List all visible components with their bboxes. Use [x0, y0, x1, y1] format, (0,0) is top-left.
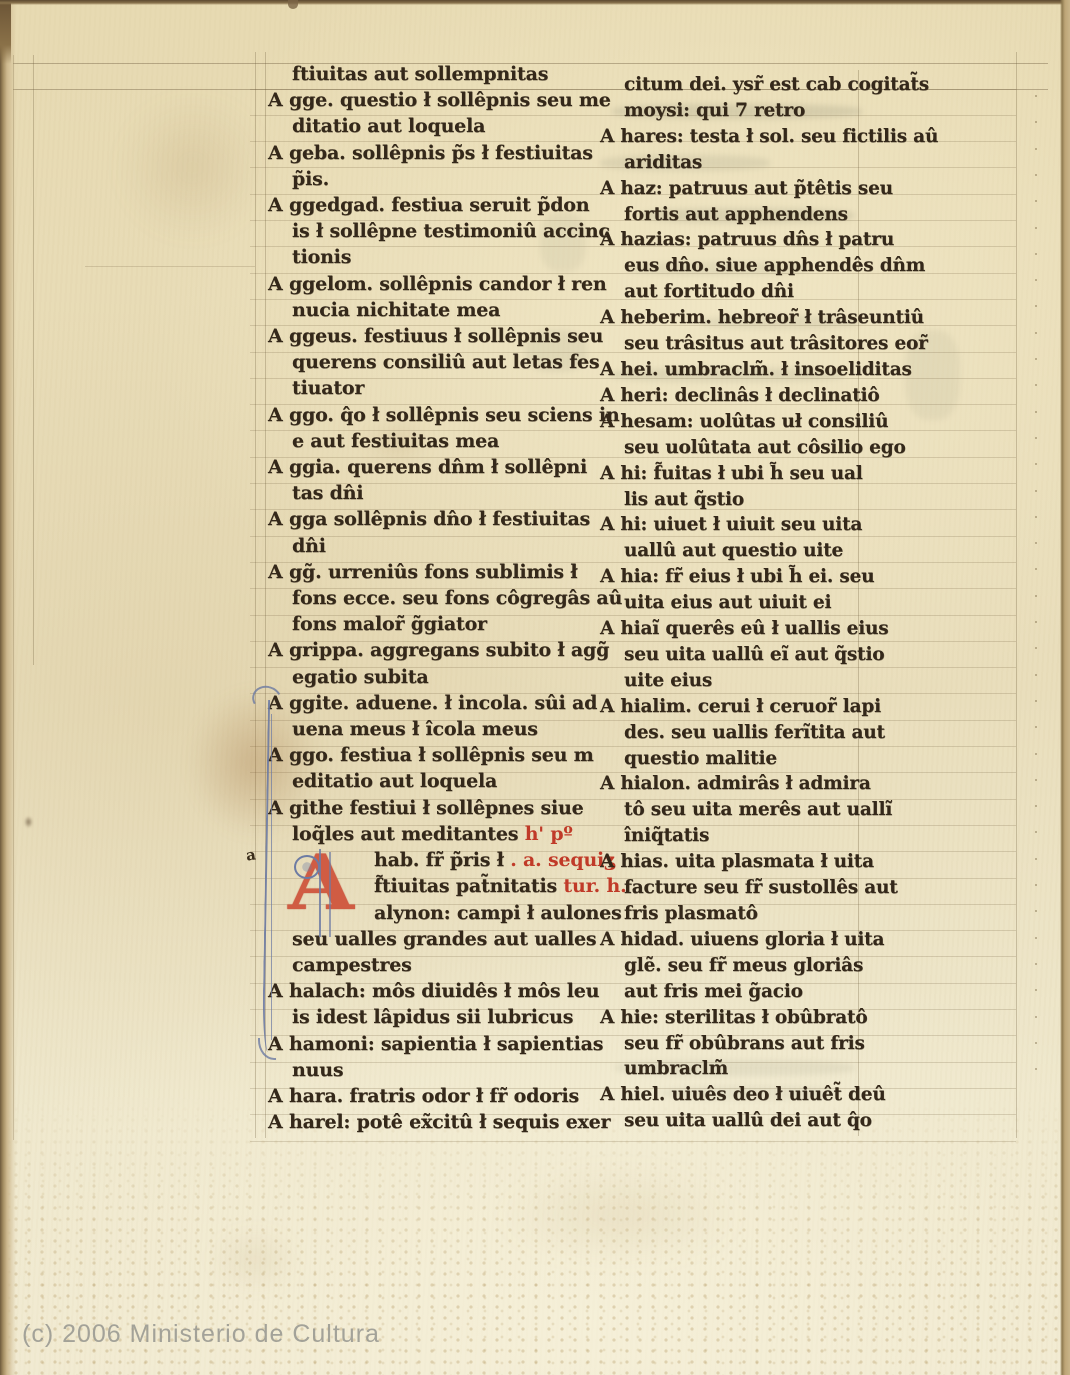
text-line: A gga sollêpnis dn̂o ł festiuitas [268, 506, 627, 532]
prick-mark [1035, 568, 1037, 570]
prick-mark [1035, 831, 1037, 833]
ink-segment: A hesam: uolûtas uł consiliû [600, 411, 888, 432]
text-line: tô seu uita merês aut uallĩ [600, 797, 938, 823]
text-line: uita eius aut uiuit ei [600, 590, 938, 616]
ink-segment: des. seu uallis ferĩtita aut [624, 722, 885, 743]
prick-mark [1035, 95, 1037, 97]
prick-mark [1035, 621, 1037, 623]
text-line: A hesam: uolûtas uł consiliû [600, 409, 938, 435]
text-line: nucia nichitate mea [268, 297, 627, 323]
ink-segment: A hares: testa ł sol. seu fictilis aû [600, 126, 938, 147]
text-line: facture seu fr̃ sustollês aut [600, 875, 938, 901]
prick-mark [1035, 1068, 1037, 1070]
text-line: e aut festiuitas mea [268, 428, 627, 454]
prick-mark [1035, 279, 1037, 281]
ink-segment: fons malor̃ g̃giator [292, 613, 487, 635]
ink-segment: A grippa. aggregans subito ł agg̃ [268, 639, 609, 661]
prick-mark [1035, 332, 1037, 334]
text-line: A gg̃. urreniûs fons sublimis ł [268, 559, 627, 585]
text-line: A hares: testa ł sol. seu fictilis aû [600, 124, 938, 150]
penwork-rosette [294, 855, 320, 879]
text-line: questio malitie [600, 746, 938, 772]
page-top-edge [0, 0, 1070, 5]
prick-mark [1035, 858, 1037, 860]
prick-mark [1035, 542, 1037, 544]
prick-mark [1035, 674, 1037, 676]
text-line: A hei. umbraclm̃. ł insoeliditas [600, 357, 938, 383]
stain [118, 95, 268, 240]
text-line: A ggo. q̂o ł sollêpnis seu sciens in [268, 402, 627, 428]
ink-segment: A ggedgad. festiua seruit p̃don [268, 194, 589, 216]
text-line: tas dn̂i [268, 480, 627, 506]
text-line: aut fortitudo dn̂i [600, 279, 938, 305]
ink-segment: querens consiliû aut letas fes [292, 351, 599, 373]
text-line: A hie: sterilitas ł obûbratô [600, 1005, 938, 1031]
ink-segment: umbraclm̃ [624, 1058, 728, 1079]
text-line: tiuator [268, 375, 627, 401]
ink-segment: A hias. uita plasmata ł uita [600, 851, 874, 872]
text-line: A geba. sollêpnis p̃s ł festiuitas [268, 140, 627, 166]
penwork-flourish-bar [319, 849, 321, 937]
ink-segment: A hia: fr̃ eius ł ubi h̃ ei. seu [600, 566, 874, 587]
prick-mark [1035, 595, 1037, 597]
ink-segment: glẽ. seu fr̃ meus gloriâs [624, 955, 863, 976]
ink-segment: aut fortitudo dn̂i [624, 281, 794, 302]
text-line: A hidad. uiuens gloria ł uita [600, 927, 938, 953]
ink-segment: A gga sollêpnis dn̂o ł festiuitas [268, 508, 590, 530]
text-line: seu fr̃ obûbrans aut fris [600, 1031, 938, 1057]
text-line: umbraclm̃ [600, 1056, 938, 1082]
ink-segment: A hazias: patruus dn̂s ł patru [600, 229, 894, 250]
text-line: citum dei. ysr̃ est cab cogitat̃s [600, 72, 938, 98]
prick-mark [1035, 726, 1037, 728]
prick-mark [1035, 963, 1037, 965]
text-line: A hamoni: sapientia ł sapientias [268, 1031, 627, 1057]
ink-segment: A halach: môs diuidês ł môs leu [268, 980, 599, 1002]
ink-segment: A harel: potê ex̃citû ł sequis exer [268, 1111, 610, 1133]
text-line: seu uita uallû eĩ aut q̃stio [600, 642, 938, 668]
guide-letter: a [245, 845, 257, 864]
text-line: A hara. fratris odor ł fr̃ odoris [268, 1083, 627, 1109]
prick-mark [1035, 937, 1037, 939]
prick-mark [1035, 700, 1037, 702]
ink-segment: îniq̃tatis [624, 825, 709, 846]
text-line: seu uita uallû dei aut q̂o [600, 1108, 938, 1134]
text-line: seu trâsitus aut trâsitores eor̃ [600, 331, 938, 357]
ink-segment: e aut festiuitas mea [292, 430, 499, 452]
text-line: A haz: patruus aut p̃têtis seu [600, 176, 938, 202]
text-line: seu uolûtata aut côsilio ego [600, 435, 938, 461]
ink-segment: uena meus ł îcola meus [292, 718, 538, 740]
prick-mark [1035, 516, 1037, 518]
text-line: A hiel. uiuês deo ł uiuêt̃ deû [600, 1082, 938, 1108]
ink-segment: A githe festiui ł sollêpnes siue [268, 797, 584, 819]
prick-mark [1035, 805, 1037, 807]
text-line: A heberim. hebreor̃ ł trâseuntiû [600, 305, 938, 331]
prick-mark [1035, 174, 1037, 176]
ruling-line-vertical [1016, 52, 1017, 1138]
prick-mark [1035, 200, 1037, 202]
text-line: A hia: fr̃ eius ł ubi h̃ ei. seu [600, 564, 938, 590]
prick-mark [1035, 647, 1037, 649]
text-line: A harel: potê ex̃citû ł sequis exer [268, 1109, 627, 1135]
text-line: editatio aut loquela [268, 768, 627, 794]
text-line: A ggelom. sollêpnis candor ł ren [268, 271, 627, 297]
text-line: lis aut q̃stio [600, 487, 938, 513]
ink-segment: A gge. questio ł sollêpnis seu me [268, 89, 611, 111]
text-line: ariditas [600, 150, 938, 176]
text-line: uallû aut questio uite [600, 538, 938, 564]
stain [24, 816, 33, 828]
penwork-flourish-stroke [271, 714, 278, 1040]
text-line: is ł sollêpne testimoniû accinc [268, 218, 627, 244]
ink-segment: tionis [292, 246, 351, 268]
text-line: aut fris mei g̃acio [600, 979, 938, 1005]
ink-segment: editatio aut loquela [292, 770, 497, 792]
ruling-line-horizontal [85, 266, 255, 267]
ink-segment: aut fris mei g̃acio [624, 981, 803, 1002]
ink-segment: alynon: campi ł aulones [374, 902, 622, 924]
ink-segment: seu ualles grandes aut ualles [292, 928, 596, 950]
ink-segment: citum dei. ysr̃ est cab cogitat̃s [624, 74, 929, 95]
page-fore-edge [1060, 0, 1070, 1375]
ink-segment: lis aut q̃stio [624, 489, 744, 510]
ink-segment: A hi: f̃uitas ł ubi h̃ seu ual [600, 463, 863, 484]
ink-segment: seu uita uallû eĩ aut q̃stio [624, 644, 884, 665]
ink-segment: tô seu uita merês aut uallĩ [624, 799, 892, 820]
ink-segment: A hialim. cerui ł ceruor̃ lapi [600, 696, 881, 717]
prick-mark [1035, 437, 1037, 439]
text-column-left: ftiuitas aut sollempnitasA gge. questio … [268, 61, 627, 1135]
prick-mark [1035, 358, 1037, 360]
text-line: A hiaĩ querês eû ł uallis eius [600, 616, 938, 642]
ink-segment: dn̂i [292, 535, 326, 557]
ink-segment: A gg̃. urreniûs fons sublimis ł [268, 561, 577, 583]
text-line: ftiuitas aut sollempnitas [268, 61, 627, 87]
ink-segment: is ł sollêpne testimoniû accinc [292, 220, 610, 242]
ink-segment: A hiaĩ querês eû ł uallis eius [600, 618, 889, 639]
text-line: fons ecce. seu fons côgregâs aû [268, 585, 627, 611]
text-line: A ggia. querens dn̂m ł sollêpni [268, 454, 627, 480]
drop-cap-initial: A [288, 841, 354, 925]
text-line: A halach: môs diuidês ł môs leu [268, 978, 627, 1004]
ruling-line-vertical [33, 55, 34, 665]
text-line: îniq̃tatis [600, 823, 938, 849]
ink-segment: moysi: qui 7 retro [624, 100, 805, 121]
ruling-line-vertical [255, 52, 256, 1138]
prick-mark [1035, 884, 1037, 886]
text-line: A hialim. cerui ł ceruor̃ lapi [600, 694, 938, 720]
text-line: eus dn̂o. siue apphendês dn̂m [600, 253, 938, 279]
text-line: glẽ. seu fr̃ meus gloriâs [600, 953, 938, 979]
text-line: moysi: qui 7 retro [600, 98, 938, 124]
text-line: uena meus ł îcola meus [268, 716, 627, 742]
text-line: fris plasmatô [600, 901, 938, 927]
text-line: A heri: declinâs ł declinatiô [600, 383, 938, 409]
ink-segment: uite eius [624, 670, 712, 691]
ink-segment: f̃tiuitas pat̃nitatis [374, 875, 563, 897]
text-line: uite eius [600, 668, 938, 694]
text-line: A hias. uita plasmata ł uita [600, 849, 938, 875]
text-line: A grippa. aggregans subito ł agg̃ [268, 637, 627, 663]
text-line: A ggedgad. festiua seruit p̃don [268, 192, 627, 218]
text-column-right: citum dei. ysr̃ est cab cogitat̃smoysi: … [600, 72, 938, 1134]
ink-segment: p̃is. [292, 168, 329, 190]
prick-mark [1035, 989, 1037, 991]
ink-segment: A hamoni: sapientia ł sapientias [268, 1033, 603, 1055]
rubric-segment: . a. sequiʒ [510, 849, 614, 871]
text-line: seu ualles grandes aut ualles [268, 926, 627, 952]
ink-segment: eus dn̂o. siue apphendês dn̂m [624, 255, 925, 276]
text-line: egatio subita [268, 664, 627, 690]
text-line: p̃is. [268, 166, 627, 192]
prick-mark [1035, 411, 1037, 413]
prick-mark [1035, 463, 1037, 465]
ink-segment: egatio subita [292, 666, 428, 688]
copyright-watermark: (c) 2006 Ministerio de Cultura [22, 1320, 380, 1349]
ink-segment: nuus [292, 1059, 343, 1081]
prick-mark [1035, 305, 1037, 307]
ink-segment: seu fr̃ obûbrans aut fris [624, 1033, 865, 1054]
text-line: A ggeus. festiuus ł sollêpnis seu [268, 323, 627, 349]
ink-segment: fons ecce. seu fons côgregâs aû [292, 587, 622, 609]
text-line: ditatio aut loquela [268, 113, 627, 139]
ink-segment: fris plasmatô [624, 903, 758, 924]
text-line: A ggite. aduene. ł incola. sûi ad [268, 690, 627, 716]
ink-segment: A hei. umbraclm̃. ł insoeliditas [600, 359, 912, 380]
ink-segment: ariditas [624, 152, 702, 173]
text-line: dn̂i [268, 533, 627, 559]
ink-segment: uallû aut questio uite [624, 540, 843, 561]
text-line: A gge. questio ł sollêpnis seu me [268, 87, 627, 113]
ink-segment: facture seu fr̃ sustollês aut [624, 877, 898, 898]
ink-segment: A ggo. festiua ł sollêpnis seu m [268, 744, 594, 766]
prick-mark [1035, 490, 1037, 492]
text-line: campestres [268, 952, 627, 978]
ink-segment: uita eius aut uiuit ei [624, 592, 831, 613]
binding-corner [0, 0, 11, 64]
ink-segment: ditatio aut loquela [292, 115, 485, 137]
ink-segment: A hara. fratris odor ł fr̃ odoris [268, 1085, 579, 1107]
ink-segment: A heberim. hebreor̃ ł trâseuntiû [600, 307, 924, 328]
prick-mark [1035, 1042, 1037, 1044]
prick-mark [1035, 1016, 1037, 1018]
ink-segment: seu trâsitus aut trâsitores eor̃ [624, 333, 928, 354]
ink-segment: seu uolûtata aut côsilio ego [624, 437, 906, 458]
penwork-flourish-bar [329, 852, 331, 937]
ink-segment: hab. fr̃ p̃ris ł [374, 849, 510, 871]
ink-segment: seu uita uallû dei aut q̂o [624, 1110, 872, 1131]
prick-mark [1035, 753, 1037, 755]
manuscript-page: ftiuitas aut sollempnitasA gge. questio … [0, 0, 1070, 1375]
text-line: A hialon. admirâs ł admira [600, 771, 938, 797]
ink-segment: A hiel. uiuês deo ł uiuêt̃ deû [600, 1084, 886, 1105]
text-line: A ggo. festiua ł sollêpnis seu m [268, 742, 627, 768]
text-line: A hi: uiuet ł uiuit seu uita [600, 512, 938, 538]
ink-segment: A ggia. querens dn̂m ł sollêpni [268, 456, 587, 478]
penwork-flourish-tail [258, 1038, 276, 1060]
ink-segment: A hie: sterilitas ł obûbratô [600, 1007, 868, 1028]
prick-mark [1035, 227, 1037, 229]
text-line: fons malor̃ g̃giator [268, 611, 627, 637]
prick-mark [1035, 253, 1037, 255]
prick-mark [1035, 148, 1037, 150]
ink-segment: A ggeus. festiuus ł sollêpnis seu [268, 325, 603, 347]
ink-segment: A hi: uiuet ł uiuit seu uita [600, 514, 862, 535]
text-line: is idest lâpidus sii lubricus [268, 1004, 627, 1030]
text-line: tionis [268, 244, 627, 270]
prick-mark [1035, 121, 1037, 123]
ink-segment: A hialon. admirâs ł admira [600, 773, 871, 794]
ink-segment: campestres [292, 954, 412, 976]
ink-segment: ftiuitas aut sollempnitas [292, 63, 548, 85]
text-line: fortis aut apphendens [600, 202, 938, 228]
rubric-segment: h' pº [525, 823, 573, 845]
text-line: A hazias: patruus dn̂s ł patru [600, 227, 938, 253]
ink-segment: A ggite. aduene. ł incola. sûi ad [268, 692, 597, 714]
ink-segment: tas dn̂i [292, 482, 363, 504]
ink-segment: A ggelom. sollêpnis candor ł ren [268, 273, 606, 295]
ink-segment: A ggo. q̂o ł sollêpnis seu sciens in [268, 404, 619, 426]
page-edge-notch [288, 0, 298, 9]
prick-mark [1035, 910, 1037, 912]
ink-segment: is idest lâpidus sii lubricus [292, 1006, 573, 1028]
ink-segment: questio malitie [624, 748, 777, 769]
ink-segment: A heri: declinâs ł declinatiô [600, 385, 880, 406]
text-line: querens consiliû aut letas fes [268, 349, 627, 375]
text-line: A hi: f̃uitas ł ubi h̃ seu ual [600, 461, 938, 487]
page-gutter-edge [0, 0, 16, 1375]
ink-segment: A hidad. uiuens gloria ł uita [600, 929, 884, 950]
ink-segment: nucia nichitate mea [292, 299, 500, 321]
text-line: des. seu uallis ferĩtita aut [600, 720, 938, 746]
ink-segment: fortis aut apphendens [624, 204, 848, 225]
ink-segment: A geba. sollêpnis p̃s ł festiuitas [268, 142, 593, 164]
prick-mark [1035, 384, 1037, 386]
prick-mark [1035, 779, 1037, 781]
ink-segment: A haz: patruus aut p̃têtis seu [600, 178, 893, 199]
text-line: nuus [268, 1057, 627, 1083]
text-line: A githe festiui ł sollêpnes siue [268, 795, 627, 821]
ink-segment: tiuator [292, 377, 364, 399]
